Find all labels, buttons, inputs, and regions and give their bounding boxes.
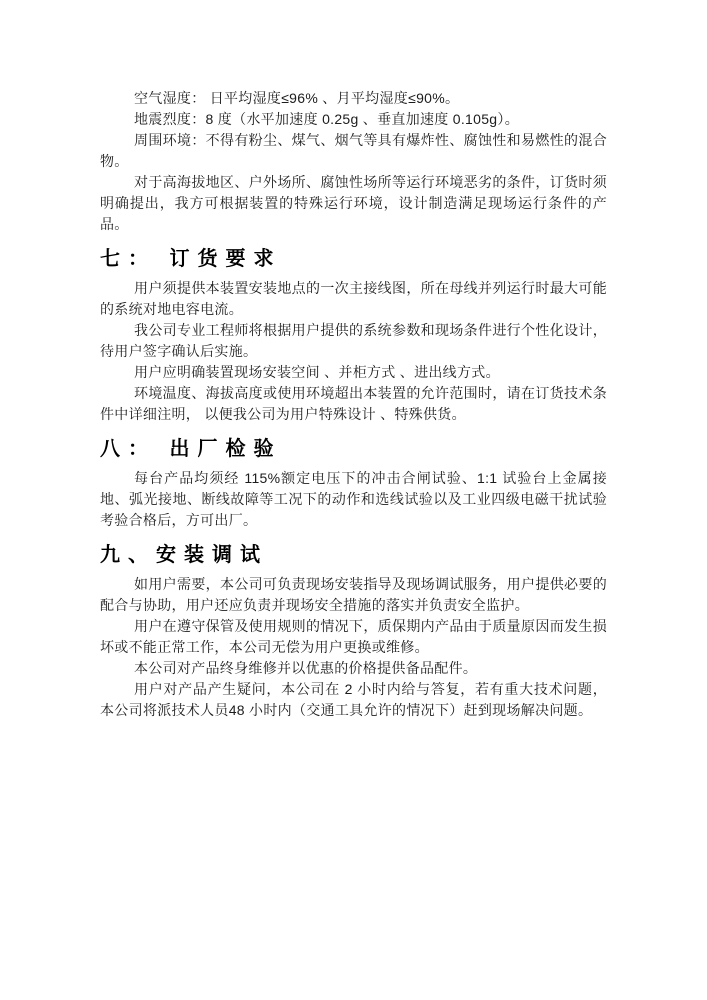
paragraph-onsite-guidance: 如用户需要，本公司可负责现场安装指导及现场调试服务，用户提供必要的配合与协助，用… <box>100 574 607 616</box>
section-environment-conditions: 空气湿度： 日平均湿度≤96% 、月平均湿度≤90%。 地震烈度：8 度（水平加… <box>100 88 607 235</box>
paragraph-wiring-diagram: 用户须提供本装置安装地点的一次主接线图，所在母线并列运行时最大可能的系统对地电容… <box>100 278 607 320</box>
section-ordering-requirements: 七： 订货要求 用户须提供本装置安装地点的一次主接线图，所在母线并列运行时最大可… <box>100 245 607 425</box>
paragraph-surrounding-environment: 周围环境：不得有粉尘、煤气、烟气等具有爆炸性、腐蚀性和易燃性的混合物。 <box>100 130 607 172</box>
document-page: 空气湿度： 日平均湿度≤96% 、月平均湿度≤90%。 地震烈度：8 度（水平加… <box>0 0 707 1000</box>
paragraph-custom-design: 我公司专业工程师将根据用户提供的系统参数和现场条件进行个性化设计，待用户签字确认… <box>100 320 607 362</box>
paragraph-installation-space: 用户应明确装置现场安装空间 、并柜方式 、进出线方式。 <box>100 362 607 383</box>
section-heading-factory-inspection: 八： 出厂检验 <box>100 435 607 463</box>
section-factory-inspection: 八： 出厂检验 每台产品均须经 115%额定电压下的冲击合闸试验、1:1 试验台… <box>100 435 607 531</box>
paragraph-special-supply: 环境温度、海拔高度或使用环境超出本装置的允许范围时，请在订货技术条件中详细注明，… <box>100 383 607 425</box>
paragraph-warranty-repair: 用户在遵守保管及使用规则的情况下，质保期内产品由于质量原因而发生损坏或不能正常工… <box>100 616 607 658</box>
paragraph-harsh-conditions: 对于高海拔地区、户外场所、腐蚀性场所等运行环境恶劣的条件，订货时须明确提出，我方… <box>100 172 607 235</box>
paragraph-response-time: 用户对产品产生疑问，本公司在 2 小时内给与答复，若有重大技术问题，本公司将派技… <box>100 679 607 721</box>
paragraph-seismic-intensity: 地震烈度：8 度（水平加速度 0.25g 、垂直加速度 0.105g）。 <box>100 109 607 130</box>
paragraph-air-humidity: 空气湿度： 日平均湿度≤96% 、月平均湿度≤90%。 <box>100 88 607 109</box>
paragraph-factory-tests: 每台产品均须经 115%额定电压下的冲击合闸试验、1:1 试验台上金属接地、弧光… <box>100 468 607 531</box>
paragraph-lifetime-maintenance: 本公司对产品终身维修并以优惠的价格提供备品配件。 <box>100 658 607 679</box>
section-installation-commissioning: 九、安装调试 如用户需要，本公司可负责现场安装指导及现场调试服务，用户提供必要的… <box>100 541 607 721</box>
section-heading-ordering-requirements: 七： 订货要求 <box>100 245 607 273</box>
section-heading-installation-commissioning: 九、安装调试 <box>100 541 607 569</box>
